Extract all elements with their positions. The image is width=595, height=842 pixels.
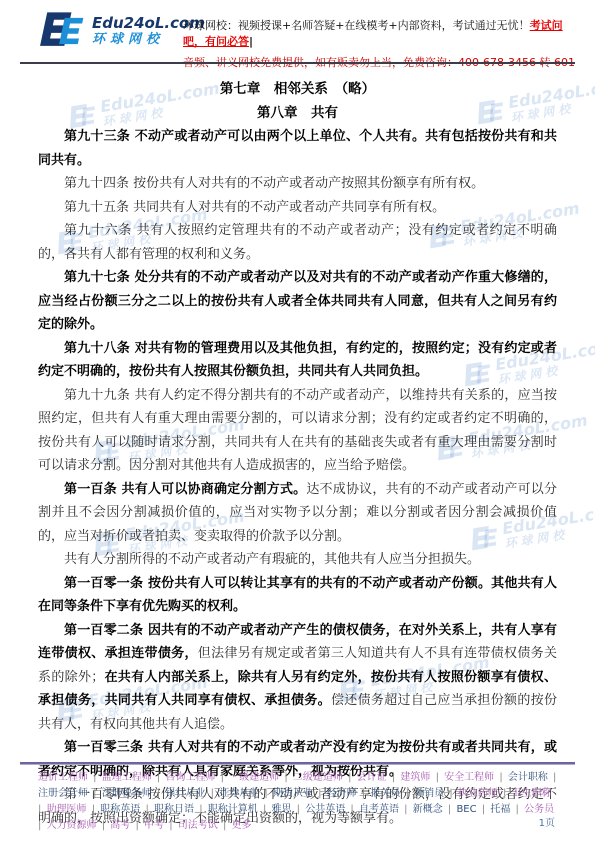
footer-link[interactable]: 更多 xyxy=(232,820,252,831)
link-separator: | xyxy=(445,804,455,815)
text-segment: 共有人分割所得的不动产或者动产有瑕疵的，其他共有人应当分担损失。 xyxy=(64,552,480,567)
footer-link[interactable]: 报关员 xyxy=(370,788,400,799)
article-paragraph: 第九十八条 对共有物的管理费用以及其他负担，有约定的，按照约定；没有约定或者约定… xyxy=(38,337,557,384)
footer-link[interactable]: 人力资源师 xyxy=(47,820,97,831)
footer-link[interactable]: 司法考试 xyxy=(178,820,218,831)
article-paragraph: 第九十七条 处分共有的不动产或者动产以及对共有的不动产或者动产作重大修缮的，应当… xyxy=(38,266,557,337)
footer-link[interactable]: 二级建造师 xyxy=(293,772,343,783)
footer-link[interactable]: 注册会计师 xyxy=(38,788,88,799)
footer-link[interactable]: 职称英语 xyxy=(100,804,140,815)
link-separator: | xyxy=(99,820,109,831)
footer-link[interactable]: BEC xyxy=(456,804,476,815)
link-separator: | xyxy=(89,804,99,815)
footer-link[interactable]: 外销员 xyxy=(414,788,444,799)
brand-logo-icon xyxy=(28,10,84,52)
footer-link[interactable]: 证券从业 xyxy=(219,788,259,799)
footer-link[interactable]: 卫生职称 xyxy=(512,788,552,799)
footer-link[interactable]: 职称计算机 xyxy=(208,804,258,815)
link-separator: | xyxy=(550,772,557,783)
text-segment: 第九十七条 处分共有的不动产或者动产以及对共有的不动产或者动产作重大修缮的，应当… xyxy=(38,270,557,332)
document-body: 第七章 相邻关系 （略） 第八章 共有 第九十三条 不动产或者动产可以由两个以上… xyxy=(38,78,557,830)
footer-link[interactable]: 自考英语 xyxy=(359,804,399,815)
link-separator: | xyxy=(401,804,411,815)
text-segment: 第九十三条 不动产或者动产可以由两个以上单位、个人共有。共有包括按份共有和共同共… xyxy=(38,129,557,168)
text-segment: 第一百零一条 按份共有人可以转让其享有的共有的不动产或者动产份额。其他共有人在同… xyxy=(38,576,557,615)
footer-link[interactable]: 新概念 xyxy=(413,804,443,815)
link-separator: | xyxy=(38,820,45,831)
article-paragraph: 共有人分割所得的不动产或者动产有瑕疵的，其他共有人应当分担损失。 xyxy=(38,548,557,572)
text-segment: 第一百条 共有人可以协商确定分割方式。 xyxy=(64,482,306,497)
footer-link[interactable]: 建筑师 xyxy=(400,772,430,783)
link-separator: | xyxy=(217,772,227,783)
article-paragraph: 第九十四条 按份共有人对共有的不动产或者动产按照其份额享有所有权。 xyxy=(38,172,557,196)
article-paragraph: 第一百零二条 因共有的不动产或者动产产生的债权债务，在对外关系上，共有人享有连带… xyxy=(38,619,557,737)
link-separator: | xyxy=(260,804,270,815)
article-paragraph: 第九十三条 不动产或者动产可以由两个以上单位、个人共有。共有包括按份共有和共同共… xyxy=(38,125,557,172)
link-separator: | xyxy=(345,772,355,783)
text-segment: 第九十五条 共同共有人对共有的不动产或者动产共同享有所有权。 xyxy=(64,200,445,215)
link-separator: | xyxy=(347,804,357,815)
footer-link[interactable]: 安全工程师 xyxy=(444,772,494,783)
link-separator: | xyxy=(142,804,152,815)
tagline-text: 环球网校：视频授课+名师答疑+在线模考+内部资料，考试通过无忧！ xyxy=(183,19,530,32)
link-separator: | xyxy=(402,788,412,799)
link-separator: | xyxy=(154,772,164,783)
footer-link[interactable]: 银行从业 xyxy=(165,788,205,799)
link-separator: | xyxy=(132,820,142,831)
link-separator: | xyxy=(389,772,399,783)
footer-link[interactable]: 执业药师 xyxy=(458,788,498,799)
link-separator: | xyxy=(220,820,230,831)
footer-link[interactable]: 监理工程师 xyxy=(102,772,152,783)
link-separator: | xyxy=(359,788,369,799)
link-separator: | xyxy=(496,772,506,783)
footer-link[interactable]: 雅思 xyxy=(272,804,292,815)
chapter-8-title: 第八章 共有 xyxy=(38,102,557,126)
link-separator: | xyxy=(479,804,489,815)
chapter-7-title: 第七章 相邻关系 （略） xyxy=(38,78,557,102)
footer-link[interactable]: 职称日语 xyxy=(154,804,194,815)
link-separator: | xyxy=(294,804,304,815)
text-segment: 第九十六条 共有人按照约定管理共有的不动产或者动产；没有约定或者约定不明确的，各… xyxy=(38,223,557,262)
link-separator: | xyxy=(90,788,100,799)
tagline-suffix: | xyxy=(249,35,253,48)
footer-link[interactable]: 经济师 xyxy=(327,788,357,799)
header-divider xyxy=(20,62,575,64)
footer-link[interactable]: 中考 xyxy=(144,820,164,831)
link-separator: | xyxy=(432,772,442,783)
link-separator: | xyxy=(207,788,217,799)
article-paragraph: 第一百零一条 按份共有人可以转让其享有的共有的不动产或者动产份额。其他共有人在同… xyxy=(38,572,557,619)
footer-divider xyxy=(20,762,575,765)
link-separator: | xyxy=(512,804,522,815)
link-separator: | xyxy=(281,772,291,783)
link-separator: | xyxy=(154,788,164,799)
link-separator: | xyxy=(90,772,100,783)
footer-link-list: 造价工程师 | 监理工程师 | 咨询工程师 | 一级建造师 | 二级建造师 | … xyxy=(38,770,557,834)
article-paragraph: 第九十六条 共有人按照约定管理共有的不动产或者动产；没有约定或者约定不明确的，各… xyxy=(38,219,557,266)
text-segment: 第九十九条 共有人约定不得分割共有的不动产或者动产，以维持共有关系的，应当按照约… xyxy=(38,388,557,474)
tagline-line: 环球网校：视频授课+名师答疑+在线模考+内部资料，考试通过无忧！考试问吧，有问必… xyxy=(183,18,575,50)
footer-link[interactable]: 造价工程师 xyxy=(38,772,88,783)
footer-link[interactable]: 会计证 xyxy=(357,772,387,783)
link-separator: | xyxy=(38,804,45,815)
footer-link[interactable]: 助理医师 xyxy=(47,804,87,815)
link-separator: | xyxy=(500,788,510,799)
article-paragraph: 第九十五条 共同共有人对共有的不动产或者动产共同享有所有权。 xyxy=(38,196,557,220)
articles: 第九十三条 不动产或者动产可以由两个以上单位、个人共有。共有包括按份共有和共同共… xyxy=(38,125,557,830)
link-separator: | xyxy=(446,788,456,799)
footer-link[interactable]: 公共英语 xyxy=(305,804,345,815)
text-segment: 第九十四条 按份共有人对共有的不动产或者动产按照其份额享有所有权。 xyxy=(64,176,484,191)
link-separator: | xyxy=(261,788,271,799)
page-number: 1页 xyxy=(539,814,555,829)
text-segment: 第九十八条 对共有物的管理费用以及其他负担，有约定的，按照约定；没有约定或者约定… xyxy=(38,341,557,380)
article-paragraph: 第一百条 共有人可以协商确定分割方式。达不成协议，共有的不动产或者动产可以分割并… xyxy=(38,478,557,549)
footer-link[interactable]: 期货从业 xyxy=(273,788,313,799)
brand-logo: Edu24oL.com 环球网校 xyxy=(28,10,205,52)
footer-link[interactable]: 一级建造师 xyxy=(229,772,279,783)
link-separator: | xyxy=(315,788,325,799)
link-separator: | xyxy=(166,820,176,831)
document-page: Edu24oL.com环球网校 Edu24oL.com环球网校 Edu24oL.… xyxy=(0,0,595,842)
article-paragraph: 第九十九条 共有人约定不得分割共有的不动产或者动产，以维持共有关系的，应当按照约… xyxy=(38,384,557,478)
footer-link[interactable]: 咨询工程师 xyxy=(165,772,215,783)
footer-link[interactable]: 会计职称 xyxy=(508,772,548,783)
footer-link[interactable]: 注册税务师 xyxy=(102,788,152,799)
footer-link[interactable]: 托福 xyxy=(490,804,510,815)
footer-link[interactable]: 高考 xyxy=(110,820,130,831)
link-separator: | xyxy=(196,804,206,815)
page-header: Edu24oL.com 环球网校 环球网校：视频授课+名师答疑+在线模考+内部资… xyxy=(28,8,575,60)
